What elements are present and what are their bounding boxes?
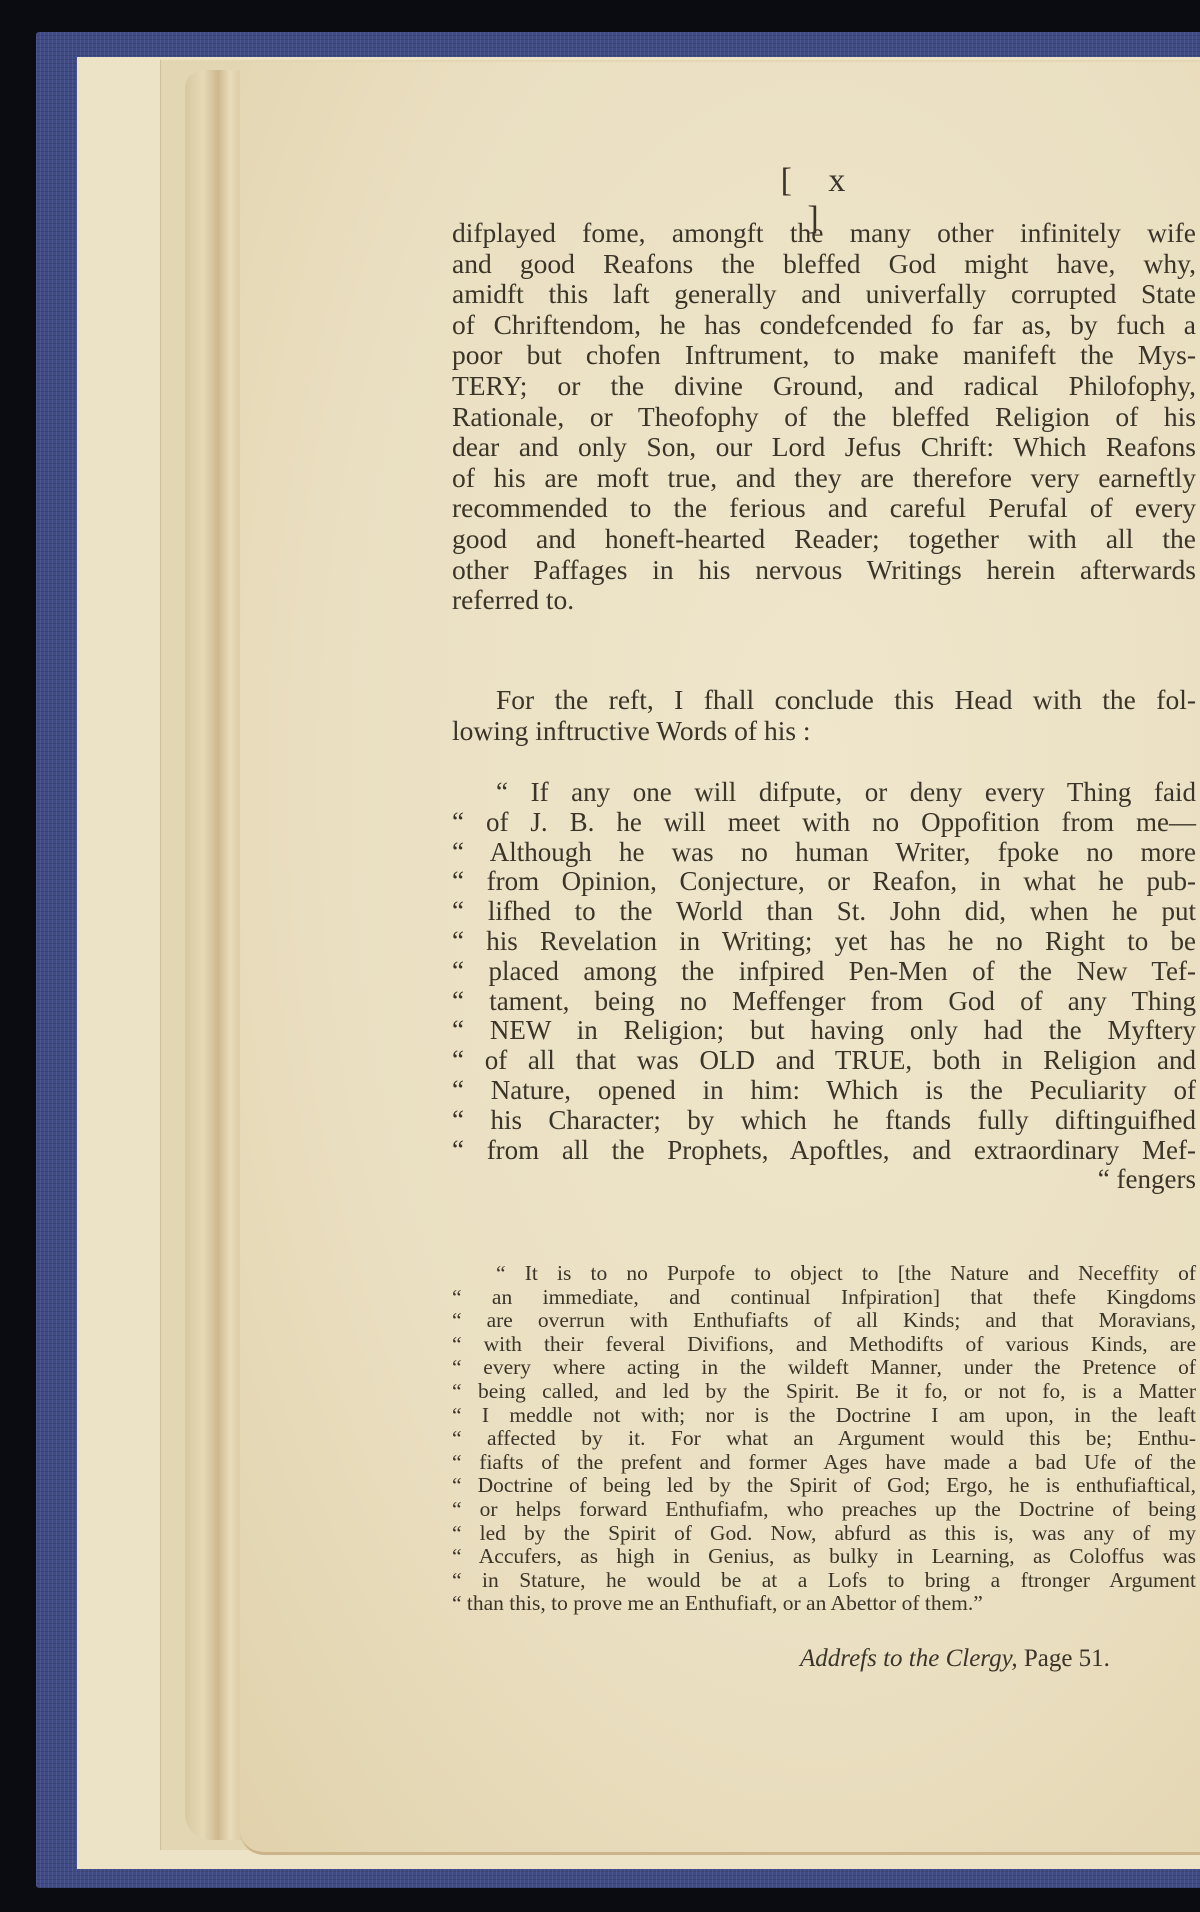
text-line: difplayed fome, amongft the many other i… — [452, 218, 1196, 249]
quote-line: “ If any one will difpute, or deny every… — [452, 778, 1196, 808]
paragraph-2: For the reft, I fhall conclude this Head… — [452, 685, 1196, 746]
text-line: lowing inftructive Words of his : — [452, 716, 1196, 747]
page-edges — [185, 70, 245, 1840]
footnote-line: “ led by the Spirit of God. Now, abfurd … — [452, 1522, 1196, 1546]
quote-line: “ NEW in Religion; but having only had t… — [452, 1016, 1196, 1046]
quote-line: “ his Character; by which he ftands full… — [452, 1106, 1196, 1136]
footnote-line: “ with their feveral Divifions, and Meth… — [452, 1333, 1196, 1357]
text-line: of his are moft true, and they are there… — [452, 463, 1196, 494]
footnote-line: “ I meddle not with; nor is the Doctrine… — [452, 1404, 1196, 1428]
text-line: other Paffages in his nervous Writings h… — [452, 555, 1196, 586]
quote-line: “ Nature, opened in him: Which is the Pe… — [452, 1076, 1196, 1106]
footnote-line: “ or helps forward Enthufiafm, who preac… — [452, 1498, 1196, 1522]
text-line: amidft this laft generally and univerfal… — [452, 279, 1196, 310]
footnote-line: “ are overrun with Enthufiafts of all Ki… — [452, 1309, 1196, 1333]
text-line: For the reft, I fhall conclude this Head… — [452, 685, 1196, 716]
text-line: and good Reafons the bleffed God might h… — [452, 249, 1196, 280]
quote-line: “ his Revelation in Writing; yet has he … — [452, 927, 1196, 957]
text-line: referred to. — [452, 585, 1196, 616]
footnote-line: “ an immediate, and continual Infpiratio… — [452, 1286, 1196, 1310]
attribution-page: Page 51. — [1024, 1645, 1110, 1672]
paragraph-1: difplayed fome, amongft the many other i… — [452, 218, 1196, 616]
footnote-line: “ affected by it. For what an Argument w… — [452, 1427, 1196, 1451]
text-line: TERY; or the divine Ground, and radical … — [452, 371, 1196, 402]
quotation-block: “ If any one will difpute, or deny every… — [452, 778, 1196, 1195]
quote-line: “ of J. B. he will meet with no Oppofiti… — [452, 808, 1196, 838]
quote-line: “ of all that was OLD and TRUE, both in … — [452, 1046, 1196, 1076]
attribution-source: Addrefs to the Clergy, — [800, 1645, 1018, 1672]
footnote-line: “ Doctrine of being led by the Spirit of… — [452, 1474, 1196, 1498]
footnote-line: “ being called, and led by the Spirit. B… — [452, 1380, 1196, 1404]
footnote-line: “ It is to no Purpofe to object to [the … — [452, 1262, 1196, 1286]
quote-line: “ tament, being no Meffenger from God of… — [452, 987, 1196, 1017]
quote-line: “ Although he was no human Writer, fpoke… — [452, 838, 1196, 868]
text-line: recommended to the ferious and careful P… — [452, 493, 1196, 524]
footnote-line: “ fiafts of the prefent and former Ages … — [452, 1451, 1196, 1475]
text-line: of Chriftendom, he has condefcended fo f… — [452, 310, 1196, 341]
text-line: poor but chofen Inftrument, to make mani… — [452, 340, 1196, 371]
text-line: Rationale, or Theofophy of the bleffed R… — [452, 402, 1196, 433]
text-line: good and honeft-hearted Reader; together… — [452, 524, 1196, 555]
footnote-block: “ It is to no Purpofe to object to [the … — [452, 1262, 1196, 1616]
quote-line: “ lifhed to the World than St. John did,… — [452, 897, 1196, 927]
text-line: dear and only Son, our Lord Jefus Chrift… — [452, 432, 1196, 463]
quote-line: “ placed among the infpired Pen-Men of t… — [452, 957, 1196, 987]
quote-line: “ from all the Prophets, Apoftles, and e… — [452, 1136, 1196, 1166]
footnote-line: “ every where acting in the wildeft Mann… — [452, 1356, 1196, 1380]
footnote-line: “ than this, to prove me an Enthufiaft, … — [452, 1592, 1196, 1616]
catchword: “ fengers — [452, 1165, 1196, 1195]
quote-line: “ from Opinion, Conjecture, or Reafon, i… — [452, 867, 1196, 897]
footnote-line: “ Accufers, as high in Genius, as bulky … — [452, 1545, 1196, 1569]
footnote-line: “ in Stature, he would be at a Lofs to b… — [452, 1569, 1196, 1593]
attribution: Addrefs to the Clergy, Page 51. — [800, 1645, 1110, 1673]
